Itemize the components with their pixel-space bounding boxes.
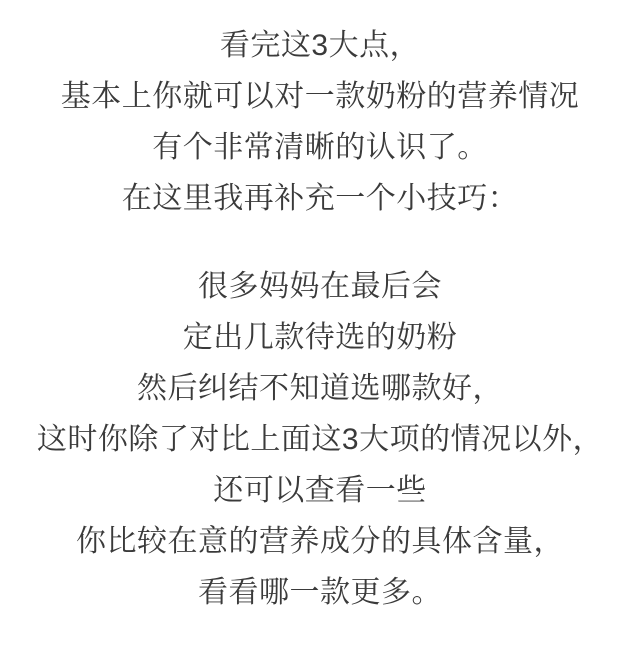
text-line: 很多妈妈在最后会 (0, 261, 640, 312)
text-line: 你比较在意的营养成分的具体含量， (0, 516, 640, 567)
text-line: 看完这3大点， (0, 20, 640, 71)
paragraph-intro: 看完这3大点， 基本上你就可以对一款奶粉的营养情况 有个非常清晰的认识了。 在这… (0, 20, 640, 224)
text-line: 还可以查看一些 (0, 465, 640, 516)
text-line: 这时你除了对比上面这3大项的情况以外， (0, 414, 640, 465)
paragraph-tip: 很多妈妈在最后会 定出几款待选的奶粉 然后纠结不知道选哪款好， 这时你除了对比上… (0, 261, 640, 618)
text-line: 定出几款待选的奶粉 (0, 312, 640, 363)
article-text: 看完这3大点， 基本上你就可以对一款奶粉的营养情况 有个非常清晰的认识了。 在这… (0, 0, 640, 618)
text-line: 看看哪一款更多。 (0, 567, 640, 618)
text-line: 然后纠结不知道选哪款好， (0, 363, 640, 414)
text-line: 有个非常清晰的认识了。 (0, 122, 640, 173)
text-line: 基本上你就可以对一款奶粉的营养情况 (0, 71, 640, 122)
text-line: 在这里我再补充一个小技巧： (0, 173, 640, 224)
